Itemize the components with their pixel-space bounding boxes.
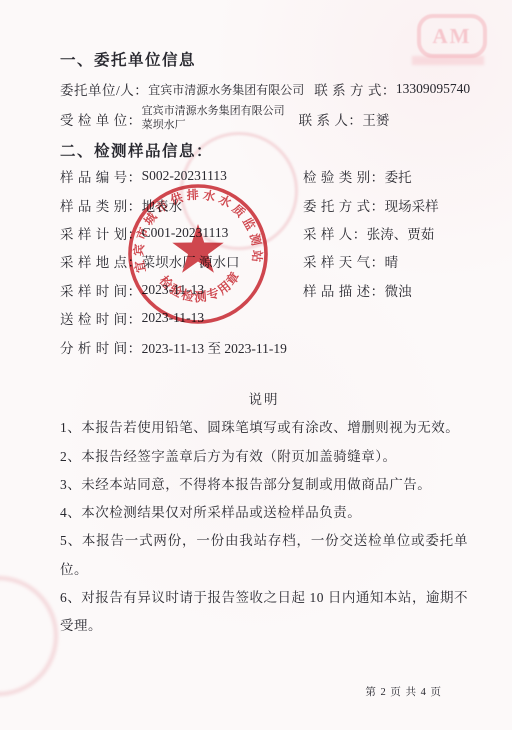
inspected-unit-line2: 菜坝水厂 — [142, 119, 285, 133]
submission-time-label: 送 检 时 间： — [60, 308, 142, 328]
contact-person-label: 联 系 人： — [299, 109, 363, 129]
inspection-category-value: 委托 — [385, 166, 412, 186]
section1-heading: 一、委托单位信息 — [60, 48, 196, 70]
contact-person-value: 王赟 — [362, 109, 389, 129]
sample-info-left-column: 样 品 编 号：S002-20231113 样 品 类 别：地表水 采 样 计 … — [60, 162, 287, 361]
sampling-plan-label: 采 样 计 划： — [60, 223, 142, 243]
inspection-category-label: 检 验 类 别： — [303, 166, 385, 186]
faint-watermark-text: AM — [433, 24, 472, 49]
sampler-label: 采 样 人： — [303, 223, 367, 243]
submission-time-row: 送 检 时 间：2023-11-13 — [60, 304, 287, 332]
sampler-value: 张涛、贾茹 — [367, 223, 435, 243]
section2-heading: 二、检测样品信息： — [60, 139, 213, 161]
inspected-unit-value: 宜宾市清源水务集团有限公司 菜坝水厂 — [142, 105, 285, 133]
note-item-6: 6、对报告有异议时请于报告签收之日起 10 日内通知本站，逾期不受理。 — [60, 584, 468, 641]
client-label: 委托单位/人： — [60, 79, 148, 99]
contact-method-label: 联 系 方 式： — [314, 79, 396, 99]
contact-method-value: 13309095740 — [396, 81, 470, 97]
weather-label: 采 样 天 气： — [303, 251, 385, 271]
note-item-3: 3、未经本站同意，不得将本报告部分复制或用做商品广告。 — [60, 471, 468, 499]
sampling-location-value: 菜坝水厂 源水口 — [142, 251, 240, 271]
analysis-time-label: 分 析 时 间： — [60, 337, 142, 357]
sample-type-row: 样 品 类 别：地表水 — [60, 190, 287, 218]
ghost-stamp-ring-bottom-left — [0, 576, 58, 696]
sample-number-row: 样 品 编 号：S002-20231113 — [60, 162, 287, 190]
sampling-time-row: 采 样 时 间：2023-11-13 — [60, 276, 287, 304]
sample-description-value: 微浊 — [385, 280, 412, 300]
sampling-location-row: 采 样 地 点：菜坝水厂 源水口 — [60, 247, 287, 275]
page-number: 第 2 页 共 4 页 — [365, 684, 442, 699]
inspected-unit-label: 受 检 单 位： — [60, 109, 142, 129]
sample-type-label: 样 品 类 别： — [60, 195, 142, 215]
sampling-plan-row: 采 样 计 划：C001-20231113 — [60, 219, 287, 247]
inspected-unit-line1: 宜宾市清源水务集团有限公司 — [142, 105, 285, 119]
sample-info-right-column: 检 验 类 别：委托 委 托 方 式：现场采样 采 样 人：张涛、贾茹 采 样 … — [303, 162, 439, 304]
notes-title: 说明 — [60, 386, 468, 414]
submission-time-value: 2023-11-13 — [142, 310, 205, 326]
inspection-category-row: 检 验 类 别：委托 — [303, 162, 439, 190]
sample-number-label: 样 品 编 号： — [60, 166, 142, 186]
sampling-time-value: 2023-11-13 — [142, 282, 205, 298]
commission-method-label: 委 托 方 式： — [303, 195, 385, 215]
report-page: AM 一、委托单位信息 委托单位/人：宜宾市清源水务集团有限公司联 系 方 式：… — [0, 0, 512, 730]
note-item-1: 1、本报告若使用铅笔、圆珠笔填写或有涂改、增删则视为无效。 — [60, 414, 468, 442]
sample-number-value: S002-20231113 — [142, 168, 227, 184]
note-item-2: 2、本报告经签字盖章后方为有效（附页加盖骑缝章）。 — [60, 443, 468, 471]
faint-watermark-oval: AM — [417, 14, 487, 58]
sample-type-value: 地表水 — [142, 195, 183, 215]
client-value: 宜宾市清源水务集团有限公司 — [148, 81, 304, 98]
client-row: 委托单位/人：宜宾市清源水务集团有限公司联 系 方 式：13309095740 — [60, 79, 470, 99]
analysis-time-value: 2023-11-13 至 2023-11-19 — [142, 337, 287, 357]
note-item-4: 4、本次检测结果仅对所采样品或送检样品负责。 — [60, 499, 468, 527]
weather-value: 晴 — [385, 251, 399, 271]
sampling-time-label: 采 样 时 间： — [60, 280, 142, 300]
analysis-time-row: 分 析 时 间：2023-11-13 至 2023-11-19 — [60, 332, 287, 360]
sampler-row: 采 样 人：张涛、贾茹 — [303, 219, 439, 247]
inspected-unit-row: 受 检 单 位： 宜宾市清源水务集团有限公司 菜坝水厂 联 系 人： 王赟 — [60, 101, 389, 137]
commission-method-row: 委 托 方 式：现场采样 — [303, 190, 439, 218]
faint-watermark-smudge — [412, 56, 484, 65]
sample-description-label: 样 品 描 述： — [303, 280, 385, 300]
sample-description-row: 样 品 描 述：微浊 — [303, 276, 439, 304]
note-item-5: 5、本报告一式两份，一份由我站存档，一份交送检单位或委托单位。 — [60, 527, 468, 584]
commission-method-value: 现场采样 — [385, 195, 439, 215]
notes-section: 说明 1、本报告若使用铅笔、圆珠笔填写或有涂改、增删则视为无效。 2、本报告经签… — [60, 386, 468, 641]
sampling-location-label: 采 样 地 点： — [60, 251, 142, 271]
weather-row: 采 样 天 气：晴 — [303, 247, 439, 275]
sampling-plan-value: C001-20231113 — [142, 225, 229, 241]
